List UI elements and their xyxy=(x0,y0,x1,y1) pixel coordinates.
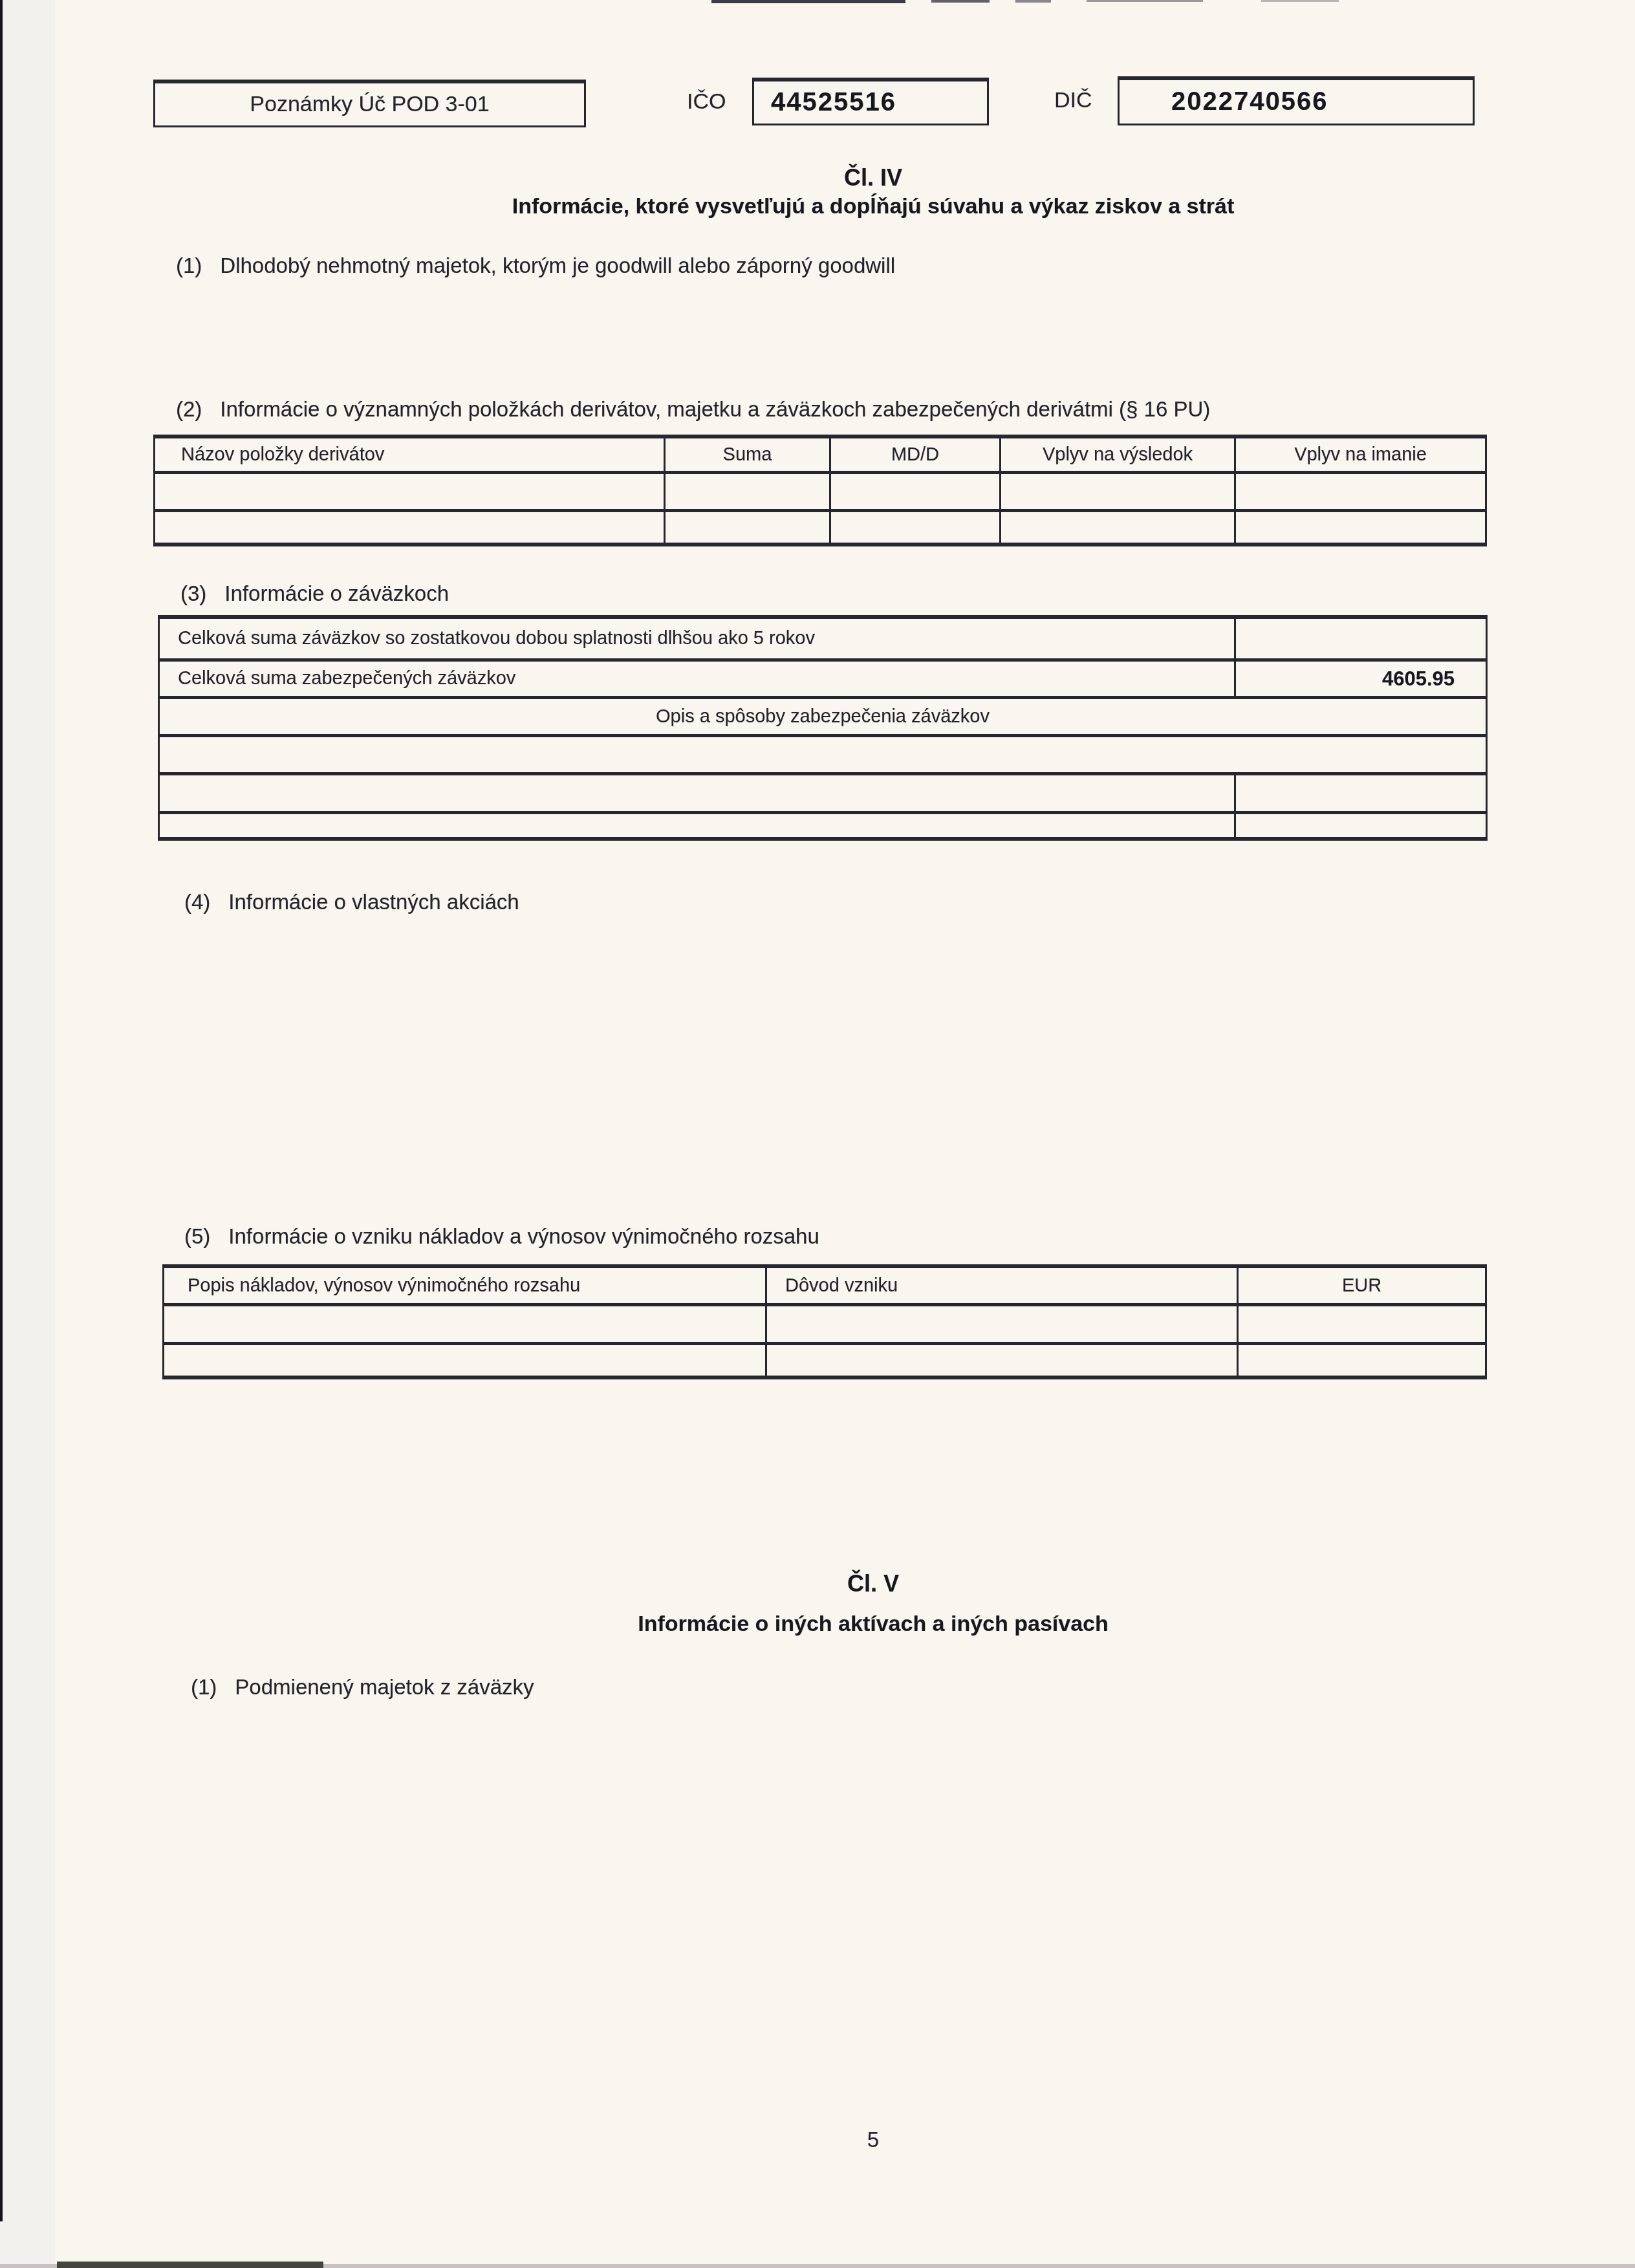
section-iv-1: (1) Dlhodobý nehmotný majetok, ktorým je… xyxy=(176,254,895,278)
form-code-box: Poznámky Úč POD 3-01 xyxy=(153,80,586,127)
section-text: Podmienený majetok z záväzky xyxy=(235,1675,534,1700)
empty-cell xyxy=(164,1342,765,1376)
scan-top-artifact xyxy=(1015,0,1051,3)
article-v-title: Čl. V xyxy=(188,1570,1559,1597)
table-row-empty xyxy=(160,772,1486,811)
empty-cell xyxy=(765,1303,1237,1342)
table-row-secured-liabilities: Celková suma zabezpečených záväzkov 4605… xyxy=(160,658,1486,696)
empty-cell xyxy=(664,509,829,543)
scan-top-artifact xyxy=(711,0,905,3)
scan-top-artifact xyxy=(931,0,990,3)
costs-table: Popis nákladov, výnosov výnimočného rozs… xyxy=(162,1264,1487,1379)
section-number: (5) xyxy=(184,1224,210,1249)
column-header-mdd: MD/D xyxy=(829,438,999,471)
scan-left-edge-line xyxy=(0,0,3,2221)
scan-left-margin-strip xyxy=(0,0,55,2268)
article-iv-subtitle: Informácie, ktoré vysvetľujú a dopĺňajú … xyxy=(188,194,1559,219)
section-iv-2: (2) Informácie o významných položkách de… xyxy=(176,397,1210,422)
empty-cell xyxy=(155,471,664,509)
column-header-eur: EUR xyxy=(1237,1268,1485,1303)
page-number: 5 xyxy=(188,2128,1559,2152)
value-cell xyxy=(1234,775,1486,811)
article-iv-title: Čl. IV xyxy=(188,164,1559,191)
column-header-vplyv-imanie: Vplyv na imanie xyxy=(1234,438,1485,471)
table-row-empty-fullwidth xyxy=(160,734,1486,772)
empty-cell xyxy=(1237,1342,1485,1376)
empty-cell xyxy=(164,1303,765,1342)
empty-cell xyxy=(765,1342,1237,1376)
section-v-1: (1) Podmienený majetok z záväzky xyxy=(191,1675,534,1700)
empty-cell xyxy=(1234,471,1485,509)
value-cell xyxy=(1234,619,1486,658)
spanning-header: Opis a spôsoby zabezpečenia záväzkov xyxy=(160,706,1486,728)
dic-value-box: 2022740566 xyxy=(1118,76,1475,125)
section-text: Informácie o záväzkoch xyxy=(224,581,449,606)
column-header-vplyv-vysledok: Vplyv na výsledok xyxy=(999,438,1234,471)
value-cell: 4605.95 xyxy=(1234,662,1486,696)
empty-cell xyxy=(999,509,1234,543)
empty-cell xyxy=(829,509,999,543)
table-row-long-maturity: Celková suma záväzkov so zostatkovou dob… xyxy=(160,619,1486,658)
section-number: (2) xyxy=(176,397,202,422)
column-header-nazov-polozky: Názov položky derivátov xyxy=(155,438,664,471)
value-cell xyxy=(1234,814,1486,841)
form-code-label: Poznámky Úč POD 3-01 xyxy=(250,92,489,117)
scan-top-artifact xyxy=(1087,0,1203,2)
dic-label: DIČ xyxy=(1054,76,1092,124)
empty-cell xyxy=(664,471,829,509)
scan-bottom-artifact xyxy=(57,2262,323,2268)
row-label: Celková suma zabezpečených záväzkov xyxy=(160,668,515,689)
section-iv-3: (3) Informácie o záväzkoch xyxy=(180,581,449,606)
ico-value-box: 44525516 xyxy=(752,78,989,125)
ico-value: 44525516 xyxy=(754,88,896,117)
section-number: (1) xyxy=(176,254,202,278)
section-number: (1) xyxy=(191,1675,217,1700)
row-label: Celková suma záväzkov so zostatkovou dob… xyxy=(160,628,815,649)
liabilities-table: Celková suma záväzkov so zostatkovou dob… xyxy=(158,615,1488,841)
section-text: Informácie o vzniku nákladov a výnosov v… xyxy=(228,1224,819,1249)
row-value: 4605.95 xyxy=(1382,667,1455,691)
empty-cell xyxy=(1237,1303,1485,1342)
section-text: Dlhodobý nehmotný majetok, ktorým je goo… xyxy=(220,254,895,278)
ico-label: IČO xyxy=(687,78,726,125)
empty-cell xyxy=(155,509,664,543)
section-text: Informácie o vlastných akciách xyxy=(228,890,519,914)
table-row-description-header: Opis a spôsoby zabezpečenia záväzkov xyxy=(160,696,1486,734)
column-header-popis: Popis nákladov, výnosov výnimočného rozs… xyxy=(164,1268,765,1303)
section-iv-4: (4) Informácie o vlastných akciách xyxy=(184,890,519,914)
empty-cell xyxy=(999,471,1234,509)
column-header-suma: Suma xyxy=(664,438,829,471)
scanned-form-page: Poznámky Úč POD 3-01 IČO 44525516 DIČ 20… xyxy=(0,0,1635,2268)
scan-top-artifact xyxy=(1261,0,1339,2)
empty-cell xyxy=(829,471,999,509)
empty-cell xyxy=(1234,509,1485,543)
column-header-dovod: Dôvod vzniku xyxy=(765,1268,1237,1303)
derivatives-table: Názov položky derivátov Suma MD/D Vplyv … xyxy=(153,435,1487,546)
table-row-empty xyxy=(160,811,1486,841)
section-iv-5: (5) Informácie o vzniku nákladov a výnos… xyxy=(184,1224,819,1249)
section-number: (3) xyxy=(180,581,206,606)
section-text: Informácie o významných položkách derivá… xyxy=(220,397,1210,422)
article-v-subtitle: Informácie o iných aktívach a iných pasí… xyxy=(188,1612,1559,1637)
section-number: (4) xyxy=(184,890,210,914)
dic-value: 2022740566 xyxy=(1120,87,1328,116)
